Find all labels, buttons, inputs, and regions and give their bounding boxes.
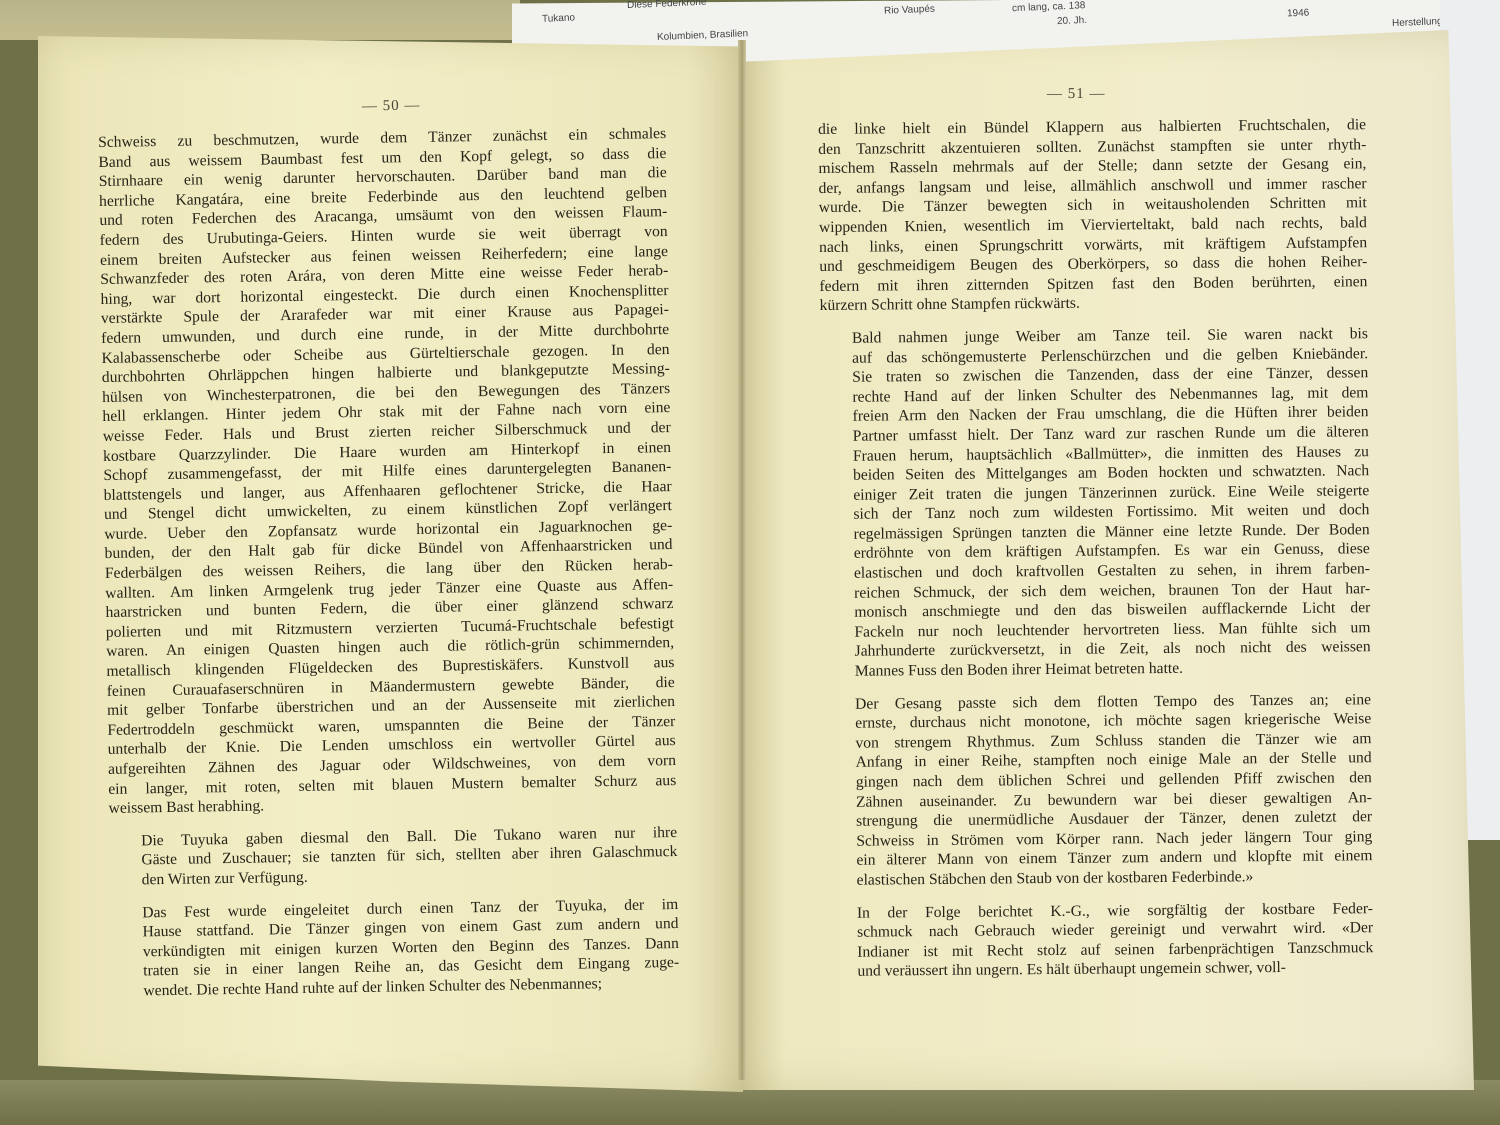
- text-line: Mannes Fuss den Boden ihrer Heimat betre…: [823, 657, 1371, 681]
- book-gutter: [738, 40, 746, 1080]
- paragraph: In der Folge berichtet K.-G., wie sorgfä…: [825, 899, 1374, 982]
- paragraph: Bald nahmen junge Weiber am Tanze teil. …: [820, 324, 1371, 681]
- bg-label: Herstellung: [1392, 16, 1443, 29]
- page-number-left: — 50 —: [362, 98, 421, 116]
- text-line: und veräussert ihn ungern. Es hält überh…: [825, 958, 1373, 982]
- bg-label: 20. Jh.: [1057, 15, 1087, 27]
- bg-label: 1946: [1287, 7, 1310, 19]
- left-page-body: Schweiss zu beschmutzen, wurde dem Tänze…: [98, 124, 680, 1014]
- paragraph: Der Gesang passte sich dem flotten Tempo…: [823, 690, 1373, 891]
- text-line: elastischen Stäbchen den Staub von der k…: [825, 866, 1373, 890]
- paragraph: die linke hielt ein Bündel Klappern aus …: [818, 115, 1368, 316]
- paragraph: Das Fest wurde eingeleitet durch einen T…: [110, 895, 679, 1002]
- right-page-body: die linke hielt ein Bündel Klappern aus …: [818, 115, 1374, 995]
- paragraph: Schweiss zu beschmutzen, wurde dem Tänze…: [98, 124, 677, 819]
- bg-label: Kolumbien, Brasilien: [657, 28, 749, 43]
- paragraph: Die Tuyuka gaben diesmal den Ball. Die T…: [109, 823, 678, 891]
- bg-label: Diese Federkrone: [627, 0, 707, 11]
- bg-label: cm lang, ca. 138: [1012, 0, 1086, 14]
- bg-label: Rio Vaupés: [884, 4, 935, 17]
- page-number-right: — 51 —: [1047, 86, 1106, 103]
- background-surface: [0, 0, 520, 40]
- bg-label: Tukano: [542, 12, 575, 24]
- text-line: kürzern Schritt ohne Stampfen rückwärts.: [820, 292, 1368, 316]
